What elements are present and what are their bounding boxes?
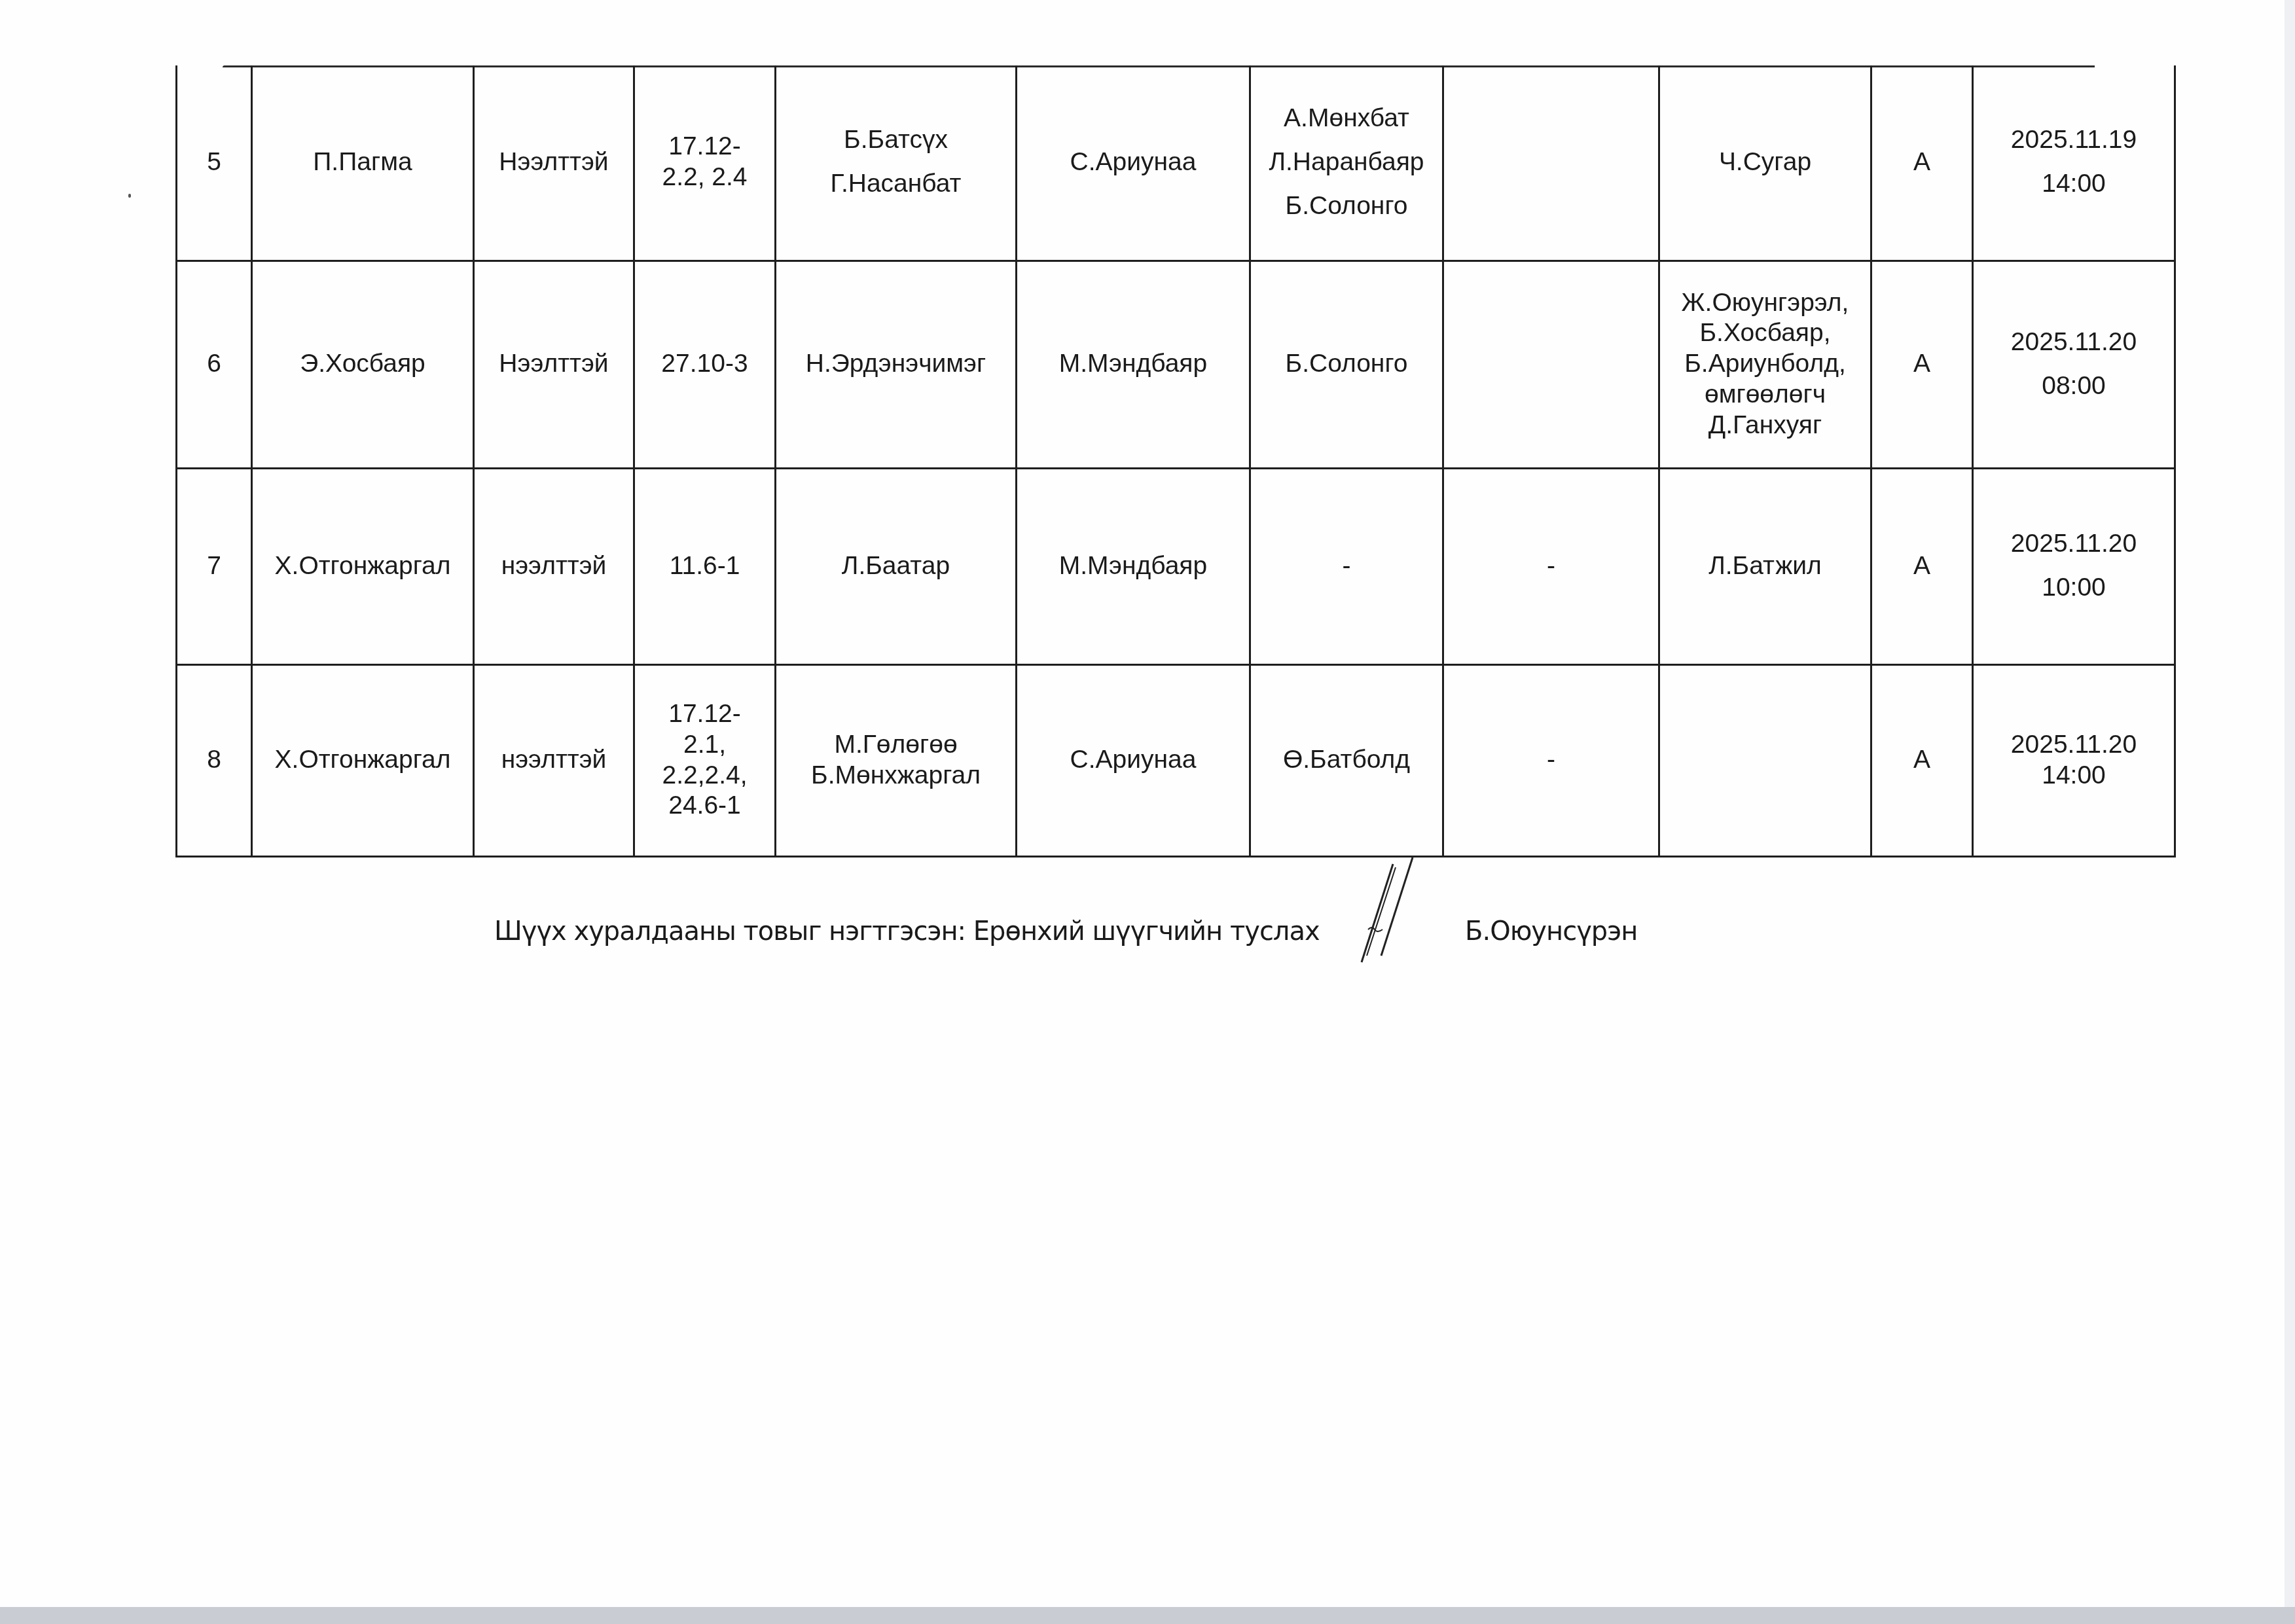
advocates-line: - xyxy=(1257,551,1436,582)
judges-line: Б.Батсүх xyxy=(783,125,1009,156)
column-7-value: - xyxy=(1443,468,1659,664)
prosecutor: С.Ариунаа xyxy=(1017,664,1250,856)
criminal-code-article: 11.6-1 xyxy=(634,468,776,664)
advocates-line: Ө.Батболд xyxy=(1257,745,1436,776)
participants-line: Д.Ганхуяг xyxy=(1667,410,1864,441)
prepared-by-label: Шүүх хуралдааны товыг нэгтгэсэн: Ерөнхий… xyxy=(494,916,1320,947)
hearing-time: 14:00 xyxy=(1980,761,2167,791)
scan-speck xyxy=(128,194,131,198)
article_lines-line: 2.2, 2.4 xyxy=(642,162,768,193)
judges-line: М.Гөлөгөө xyxy=(783,730,1009,761)
article_lines-line: 17.12- xyxy=(642,132,768,162)
courtroom-hall: А xyxy=(1871,65,1973,261)
participants: Ж.Оюунгэрэл,Б.Хосбаяр,Б.Ариунболд,өмгөөл… xyxy=(1659,261,1871,468)
article_lines-line: 17.12- xyxy=(642,699,768,730)
hearing-date: 2025.11.20 xyxy=(1980,730,2167,761)
defendant-name: П.Пагма xyxy=(252,65,474,261)
hearing-time: 14:00 xyxy=(1980,169,2167,200)
row-number: 5 xyxy=(177,65,252,261)
column-7-value: - xyxy=(1443,664,1659,856)
judges: Б.БатсүхГ.Насанбат xyxy=(776,65,1017,261)
hearing-openness: нээлттэй xyxy=(474,468,634,664)
hearing-date: 2025.11.19 xyxy=(1980,125,2167,156)
scanner-edge-bottom xyxy=(0,1607,2295,1624)
hearing-datetime: 2025.11.1914:00 xyxy=(1973,65,2175,261)
row-number: 7 xyxy=(177,468,252,664)
defendant-name: Х.Отгонжаргал xyxy=(252,468,474,664)
participants-line: Ч.Сугар xyxy=(1667,147,1864,178)
hearing-openness: Нээлттэй xyxy=(474,261,634,468)
participants-line: Б.Хосбаяр, xyxy=(1667,318,1864,349)
defendant-name: Э.Хосбаяр xyxy=(252,261,474,468)
hearing-openness: нээлттэй xyxy=(474,664,634,856)
hearing-datetime: 2025.11.2014:00 xyxy=(1973,664,2175,856)
table-row: 5 П.Пагма Нээлттэй 17.12-2.2, 2.4 Б.Батс… xyxy=(177,65,2175,261)
judges: М.ГөлөгөөБ.Мөнхжаргал xyxy=(776,664,1017,856)
participants-line: өмгөөлөгч xyxy=(1667,380,1864,410)
article_lines-line: 27.10-3 xyxy=(642,349,768,380)
judges-line: Г.Насанбат xyxy=(783,169,1009,200)
row-number: 6 xyxy=(177,261,252,468)
advocates: А.МөнхбатЛ.НаранбаярБ.Солонго xyxy=(1250,65,1443,261)
criminal-code-article: 27.10-3 xyxy=(634,261,776,468)
prosecutor: М.Мэндбаяр xyxy=(1017,261,1250,468)
article_lines-line: 24.6-1 xyxy=(642,791,768,821)
advocates: - xyxy=(1250,468,1443,664)
table-row: 8 Х.Отгонжаргал нээлттэй 17.12-2.1,2.2,2… xyxy=(177,664,2175,856)
advocates: Ө.Батболд xyxy=(1250,664,1443,856)
column-7-value xyxy=(1443,65,1659,261)
prosecutor: С.Ариунаа xyxy=(1017,65,1250,261)
hearing-time: 08:00 xyxy=(1980,371,2167,402)
participants: Ч.Сугар xyxy=(1659,65,1871,261)
hearing-openness: Нээлттэй xyxy=(474,65,634,261)
article_lines-line: 2.2,2.4, xyxy=(642,761,768,791)
defendant-name: Х.Отгонжаргал xyxy=(252,664,474,856)
judges: Л.Баатар xyxy=(776,468,1017,664)
judges: Н.Эрдэнэчимэг xyxy=(776,261,1017,468)
hearing-time: 10:00 xyxy=(1980,573,2167,604)
participants: Л.Батжил xyxy=(1659,468,1871,664)
judges-line: Н.Эрдэнэчимэг xyxy=(783,349,1009,380)
participants xyxy=(1659,664,1871,856)
row-number: 8 xyxy=(177,664,252,856)
courtroom-hall: А xyxy=(1871,468,1973,664)
column-7-value xyxy=(1443,261,1659,468)
signature-mark xyxy=(1335,851,1506,969)
participants-line: Ж.Оюунгэрэл, xyxy=(1667,288,1864,319)
advocates-line: Л.Наранбаяр xyxy=(1257,147,1436,178)
courtroom-hall: А xyxy=(1871,664,1973,856)
table-row: 6 Э.Хосбаяр Нээлттэй 27.10-3 Н.Эрдэнэчим… xyxy=(177,261,2175,468)
advocates-line: А.Мөнхбат xyxy=(1257,103,1436,134)
hearing-datetime: 2025.11.2010:00 xyxy=(1973,468,2175,664)
advocates-line: Б.Солонго xyxy=(1257,191,1436,222)
table-row: 7 Х.Отгонжаргал нээлттэй 11.6-1 Л.Баатар… xyxy=(177,468,2175,664)
hearing-datetime: 2025.11.2008:00 xyxy=(1973,261,2175,468)
criminal-code-article: 17.12-2.1,2.2,2.4,24.6-1 xyxy=(634,664,776,856)
prosecutor: М.Мэндбаяр xyxy=(1017,468,1250,664)
courtroom-hall: А xyxy=(1871,261,1973,468)
participants-line: Л.Батжил xyxy=(1667,551,1864,582)
criminal-code-article: 17.12-2.2, 2.4 xyxy=(634,65,776,261)
scanner-edge-right xyxy=(2285,0,2295,1607)
article_lines-line: 2.1, xyxy=(642,730,768,761)
hearing-date: 2025.11.20 xyxy=(1980,327,2167,358)
advocates-line: Б.Солонго xyxy=(1257,349,1436,380)
judges-line: Л.Баатар xyxy=(783,551,1009,582)
participants-line: Б.Ариунболд, xyxy=(1667,349,1864,380)
advocates: Б.Солонго xyxy=(1250,261,1443,468)
hearing-date: 2025.11.20 xyxy=(1980,529,2167,560)
judges-line: Б.Мөнхжаргал xyxy=(783,761,1009,791)
hearing-schedule-table: 5 П.Пагма Нээлттэй 17.12-2.2, 2.4 Б.Батс… xyxy=(175,65,2176,857)
article_lines-line: 11.6-1 xyxy=(642,551,768,582)
prepared-by-name: Б.Оюунсүрэн xyxy=(1465,916,1637,947)
